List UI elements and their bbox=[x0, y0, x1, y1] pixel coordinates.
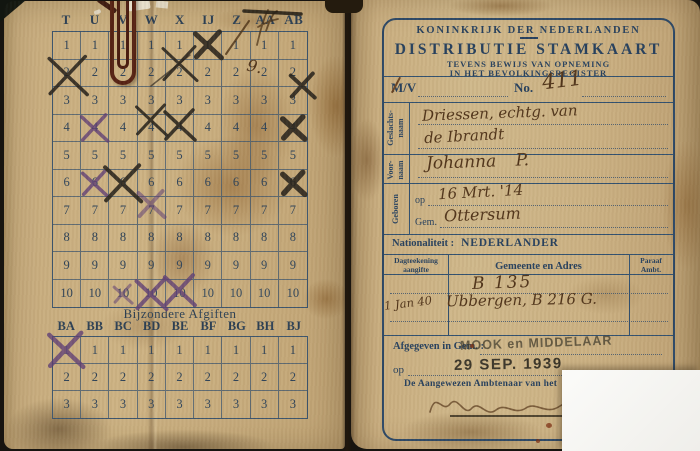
grid-cell: 1 bbox=[194, 32, 222, 60]
field-label-voornaam: Voor- naam bbox=[384, 155, 408, 185]
field-label-geboren: Geboren bbox=[389, 184, 403, 234]
grid-cell: 6 bbox=[138, 170, 166, 198]
born-on-label: op bbox=[415, 195, 425, 206]
grid-cell: 6 bbox=[279, 170, 307, 198]
grid-cell: 9 bbox=[166, 252, 194, 280]
grid-cell: 1 bbox=[53, 337, 81, 364]
paperclip-inner-loop bbox=[117, 1, 129, 69]
card-number-value: 411 bbox=[541, 66, 584, 95]
field-label-text: Geboren bbox=[391, 194, 401, 224]
grid-cell: 7 bbox=[251, 197, 279, 225]
column-header: Z bbox=[223, 12, 251, 30]
nationality-row: Nationaliteit : NEDERLANDER bbox=[392, 237, 559, 249]
grid-cell: 1 bbox=[138, 337, 166, 364]
header-text: Dagteekening bbox=[384, 256, 448, 265]
column-header: AA bbox=[251, 12, 279, 30]
grid-cell: 9 bbox=[138, 252, 166, 280]
grid-cell: 9 bbox=[109, 252, 137, 280]
table-header-dagteekening: Dagteekening aangifte bbox=[384, 256, 448, 275]
grid-cell: 1 bbox=[194, 337, 222, 364]
torn-paper-bit bbox=[156, 1, 169, 9]
paperclip bbox=[104, 1, 144, 97]
grid-cell: 2 bbox=[166, 60, 194, 88]
column-header: BD bbox=[137, 319, 165, 335]
grid-cell: 3 bbox=[279, 87, 307, 115]
grid-cell: 10 bbox=[279, 280, 307, 308]
grid-cell: 2 bbox=[222, 364, 250, 391]
grid-cell: 2 bbox=[53, 364, 81, 391]
grid-cell: 1 bbox=[53, 32, 81, 60]
rule-line bbox=[384, 234, 673, 235]
grid-cell: 7 bbox=[222, 197, 250, 225]
nationality-label: Nationaliteit : bbox=[392, 238, 454, 249]
grid-cell: 7 bbox=[194, 197, 222, 225]
grid-cell: 3 bbox=[138, 391, 166, 418]
grid-cell: 4 bbox=[109, 115, 137, 143]
title-divider-dash bbox=[520, 37, 538, 39]
grid-cell: 3 bbox=[251, 87, 279, 115]
grid-cell: 8 bbox=[53, 225, 81, 253]
grid-cell: 5 bbox=[81, 142, 109, 170]
grid-cell: 2 bbox=[138, 364, 166, 391]
main-grid-column-headers: TUVWXIJZAAAB bbox=[52, 12, 308, 30]
grid-cell: 8 bbox=[81, 225, 109, 253]
redaction-patch bbox=[562, 370, 700, 451]
dotted-line bbox=[418, 124, 668, 125]
grid-cell: 9 bbox=[251, 252, 279, 280]
grid-cell: 3 bbox=[279, 391, 307, 418]
grid-cell: 2 bbox=[194, 60, 222, 88]
grid-cell: 3 bbox=[166, 87, 194, 115]
grid-cell: 9 bbox=[222, 252, 250, 280]
grid-cell: 8 bbox=[166, 225, 194, 253]
grid-cell: 3 bbox=[81, 391, 109, 418]
grid-cell: 10 bbox=[81, 280, 109, 308]
dotted-line bbox=[390, 321, 668, 322]
card-fold-spine bbox=[342, 0, 354, 451]
grid-cell: 4 bbox=[138, 115, 166, 143]
entry-date-value: 1 Jan 40 bbox=[383, 293, 432, 313]
grid-cell: 9 bbox=[53, 252, 81, 280]
field-label-text: Voor- bbox=[386, 161, 396, 180]
grid-cell: 4 bbox=[222, 115, 250, 143]
grid-cell: 7 bbox=[138, 197, 166, 225]
grid-cell: 10 bbox=[251, 280, 279, 308]
grid-cell: 1 bbox=[222, 337, 250, 364]
grid-cell: 6 bbox=[194, 170, 222, 198]
table-header-gemeente-adres: Gemeente en Adres bbox=[448, 260, 629, 273]
birthdate-value: 16 Mrt. '14 bbox=[438, 181, 524, 203]
grid-cell: 3 bbox=[194, 87, 222, 115]
grid-cell: 9 bbox=[279, 252, 307, 280]
grid-cell: 3 bbox=[222, 87, 250, 115]
ink-spot bbox=[536, 439, 540, 443]
grid-cell: 5 bbox=[251, 142, 279, 170]
column-header: IJ bbox=[194, 12, 222, 30]
grid-cell: 4 bbox=[53, 115, 81, 143]
surname-value-line2: de Ibrandt bbox=[424, 125, 505, 147]
grid-cell: 9 bbox=[81, 252, 109, 280]
column-header: T bbox=[52, 12, 80, 30]
spine-shadow bbox=[325, 0, 363, 13]
grid-cell: 1 bbox=[251, 337, 279, 364]
main-coupon-grid: 1111111112222222223333333334444444445555… bbox=[52, 31, 308, 308]
dotted-line bbox=[418, 148, 668, 149]
left-card-coupon-grid: TUVWXIJZAAAB 111111111222222222333333333… bbox=[4, 1, 345, 449]
column-header: BJ bbox=[280, 319, 308, 335]
grid-cell: 8 bbox=[222, 225, 250, 253]
dotted-line bbox=[440, 227, 668, 228]
column-header: BA bbox=[52, 319, 80, 335]
column-header: BF bbox=[194, 319, 222, 335]
surname-value-line1: Driessen, echtg. van bbox=[422, 101, 578, 124]
grid-cell: 5 bbox=[138, 142, 166, 170]
grid-cell: 10 bbox=[109, 280, 137, 308]
grid-cell: 3 bbox=[166, 391, 194, 418]
issued-on-label: op bbox=[393, 364, 404, 376]
grid-cell: 5 bbox=[166, 142, 194, 170]
number-label: No. bbox=[514, 80, 533, 96]
scanned-ration-card-document: TUVWXIJZAAAB 111111111222222222333333333… bbox=[0, 0, 700, 451]
ink-spot bbox=[470, 344, 474, 348]
grid-cell: 6 bbox=[166, 170, 194, 198]
grid-cell: 1 bbox=[222, 32, 250, 60]
column-header: BG bbox=[223, 319, 251, 335]
born-municipality-label: Gem. bbox=[415, 217, 437, 228]
grid-cell: 1 bbox=[166, 337, 194, 364]
column-header: BC bbox=[109, 319, 137, 335]
grid-cell: 10 bbox=[166, 280, 194, 308]
grid-cell: 1 bbox=[166, 32, 194, 60]
grid-cell: 1 bbox=[81, 337, 109, 364]
rule-line bbox=[384, 183, 673, 184]
dotted-line bbox=[582, 96, 666, 97]
grid-cell: 3 bbox=[109, 391, 137, 418]
grid-cell: 2 bbox=[279, 60, 307, 88]
grid-cell: 6 bbox=[222, 170, 250, 198]
column-header: BE bbox=[166, 319, 194, 335]
field-label-text: naam bbox=[396, 160, 406, 179]
header-text: Paraaf bbox=[629, 256, 673, 265]
grid-cell: 5 bbox=[279, 142, 307, 170]
date-stamp: 29 SEP. 1939 bbox=[454, 355, 563, 374]
grid-cell: 6 bbox=[109, 170, 137, 198]
grid-cell: 10 bbox=[53, 280, 81, 308]
column-header: BB bbox=[80, 319, 108, 335]
kingdom-title: KONINKRIJK DER NEDERLANDEN bbox=[384, 25, 673, 36]
grid-cell: 4 bbox=[166, 115, 194, 143]
rule-line bbox=[384, 76, 673, 77]
field-label-text: Geslachts- bbox=[386, 110, 396, 146]
grid-cell: 8 bbox=[109, 225, 137, 253]
dotted-line bbox=[418, 96, 508, 97]
grid-cell: 5 bbox=[53, 142, 81, 170]
grid-cell: 4 bbox=[251, 115, 279, 143]
grid-cell: 2 bbox=[279, 364, 307, 391]
grid-cell: 2 bbox=[109, 364, 137, 391]
grid-cell: 3 bbox=[251, 391, 279, 418]
grid-cell: 7 bbox=[279, 197, 307, 225]
field-label-text: naam bbox=[396, 118, 406, 137]
column-header: AB bbox=[280, 12, 308, 30]
table-header-paraaf: Paraaf Ambt. bbox=[629, 256, 673, 275]
field-label-geslachtsnaam: Geslachts- naam bbox=[384, 102, 408, 154]
grid-cell: 1 bbox=[279, 337, 307, 364]
grid-cell: 7 bbox=[81, 197, 109, 225]
grid-cell: 10 bbox=[138, 280, 166, 308]
firstname-value: Johanna P. bbox=[426, 150, 530, 174]
ink-spot bbox=[546, 423, 552, 428]
grid-cell: 8 bbox=[251, 225, 279, 253]
grid-cell: 5 bbox=[109, 142, 137, 170]
card-title: DISTRIBUTIE STAMKAART bbox=[384, 41, 673, 59]
grid-cell: 10 bbox=[222, 280, 250, 308]
grid-cell: 7 bbox=[53, 197, 81, 225]
grid-cell: 8 bbox=[194, 225, 222, 253]
grid-cell: 7 bbox=[109, 197, 137, 225]
label-column-divider bbox=[409, 102, 410, 234]
grid-cell: 6 bbox=[81, 170, 109, 198]
grid-cell: 3 bbox=[53, 87, 81, 115]
grid-cell: 3 bbox=[53, 391, 81, 418]
column-header: X bbox=[166, 12, 194, 30]
grid-cell: 3 bbox=[222, 391, 250, 418]
grid-cell: 8 bbox=[138, 225, 166, 253]
grid-cell: 1 bbox=[109, 337, 137, 364]
special-coupon-grid: 111111111222222222333333333 bbox=[52, 336, 308, 419]
nationality-value: NEDERLANDER bbox=[461, 237, 559, 249]
special-grid-column-headers: BABBBCBDBEBFBGBHBJ bbox=[52, 319, 308, 335]
dotted-line bbox=[480, 354, 662, 355]
grid-cell: 4 bbox=[81, 115, 109, 143]
birthplace-value: Ottersum bbox=[444, 204, 521, 226]
grid-cell: 5 bbox=[194, 142, 222, 170]
grid-cell: 7 bbox=[166, 197, 194, 225]
grid-cell: 2 bbox=[166, 364, 194, 391]
grid-cell: 10 bbox=[194, 280, 222, 308]
grid-cell: 9 bbox=[194, 252, 222, 280]
grid-cell: 2 bbox=[251, 364, 279, 391]
grid-cell: 2 bbox=[194, 364, 222, 391]
entry-address-value: Ubbergen, B 216 G. bbox=[446, 290, 597, 311]
grid-cell: 6 bbox=[251, 170, 279, 198]
grid-cell: 1 bbox=[279, 32, 307, 60]
grid-cell: 2 bbox=[53, 60, 81, 88]
grid-cell: 2 bbox=[81, 364, 109, 391]
grid-cell: 4 bbox=[194, 115, 222, 143]
grid-cell: 3 bbox=[194, 391, 222, 418]
grid-cell: 1 bbox=[251, 32, 279, 60]
grid-cell: 6 bbox=[53, 170, 81, 198]
grid-cell: 8 bbox=[279, 225, 307, 253]
column-header: BH bbox=[251, 319, 279, 335]
dotted-line bbox=[418, 177, 668, 178]
grid-cell: 4 bbox=[279, 115, 307, 143]
grid-cell: 5 bbox=[222, 142, 250, 170]
